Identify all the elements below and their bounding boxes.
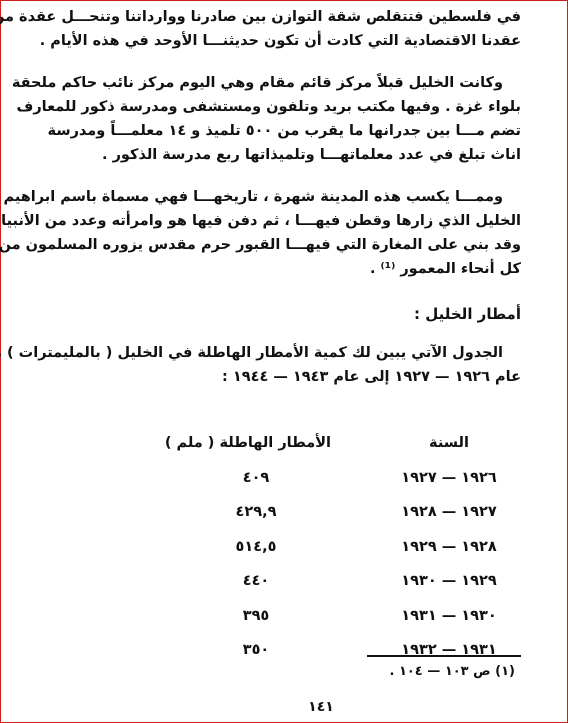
text-line: وكانت الخليل قبلاً مركز قائم مقام وهي ال… — [73, 71, 521, 95]
footnote: (١) ص ١٠٣ — ١٠٤ . — [389, 661, 515, 683]
footnote-divider — [367, 655, 521, 657]
section-heading: أمطار الخليل : — [73, 299, 521, 329]
cell-rainfall: ٥١٤,٥ — [181, 534, 331, 560]
text-line: الخليل الذي زارها وقطن فيهـــا ، ثم دفن … — [73, 209, 521, 233]
cell-rainfall: ٣٩٥ — [181, 603, 331, 629]
text-line: في فلسطين فتتقلص شقة التوازن بين صادرنا … — [73, 5, 521, 29]
table-row: ١٩٢٧ — ١٩٢٨ ٤٢٩,٩ — [73, 499, 521, 534]
text-line: الجدول الآتي يبين لك كمية الأمطار الهاطل… — [73, 341, 521, 365]
table-row: ١٩٢٩ — ١٩٣٠ ٤٤٠ — [73, 568, 521, 603]
cell-year: ١٩٢٦ — ١٩٢٧ — [393, 465, 505, 491]
text-line: عقدنا الاقتصادية التي كادت أن تكون حديثن… — [73, 29, 521, 53]
text-line: اناث تبلغ في عدد معلماتهـــا وتلميذاتها … — [73, 143, 521, 167]
cell-year: ١٩٣٠ — ١٩٣١ — [393, 603, 505, 629]
text-line: تضم مـــا بين جدرانها ما يقرب من ٥٠٠ تلم… — [73, 119, 521, 143]
paragraph-gap — [73, 53, 521, 71]
document-page: في فلسطين فتتقلص شقة التوازن بين صادرنا … — [73, 5, 521, 389]
text-line: كل أنحاء المعمور ⁽¹⁾ . — [73, 257, 521, 281]
cell-rainfall: ٤٠٩ — [181, 465, 331, 491]
header-year: السنة — [393, 430, 505, 456]
paragraph-gap — [73, 281, 521, 299]
text-line: عام ١٩٢٦ — ١٩٢٧ إلى عام ١٩٤٣ — ١٩٤٤ : — [73, 365, 521, 389]
table-row: ١٩٢٨ — ١٩٢٩ ٥١٤,٥ — [73, 534, 521, 569]
cell-year: ١٩٣١ — ١٩٣٢ — [393, 637, 505, 663]
text-line: بلواء غزة . وفيها مكتب بريد وتلفون ومستش… — [73, 95, 521, 119]
paragraph-administration: وكانت الخليل قبلاً مركز قائم مقام وهي ال… — [73, 71, 521, 167]
text-line: وممـــا يكسب هذه المدينة شهرة ، تاريخهــ… — [73, 185, 521, 209]
cell-rainfall: ٤٢٩,٩ — [181, 499, 331, 525]
table-row: ١٩٢٦ — ١٩٢٧ ٤٠٩ — [73, 465, 521, 500]
page-number: ١٤١ — [291, 696, 351, 718]
cell-rainfall: ٣٥٠ — [181, 637, 331, 663]
paragraph-gap — [73, 167, 521, 185]
paragraph-table-intro: الجدول الآتي يبين لك كمية الأمطار الهاطل… — [73, 341, 521, 389]
cell-year: ١٩٢٨ — ١٩٢٩ — [393, 534, 505, 560]
table-row: ١٩٣٠ — ١٩٣١ ٣٩٥ — [73, 603, 521, 638]
rainfall-table: السنة الأمطار الهاطلة ( ملم ) ١٩٢٦ — ١٩٢… — [73, 430, 521, 672]
cell-year: ١٩٢٩ — ١٩٣٠ — [393, 568, 505, 594]
cell-rainfall: ٤٤٠ — [181, 568, 331, 594]
header-rainfall: الأمطار الهاطلة ( ملم ) — [181, 430, 331, 456]
paragraph-history: وممـــا يكسب هذه المدينة شهرة ، تاريخهــ… — [73, 185, 521, 281]
paragraph-trade: في فلسطين فتتقلص شقة التوازن بين صادرنا … — [73, 5, 521, 53]
table-header-row: السنة الأمطار الهاطلة ( ملم ) — [73, 430, 521, 465]
text-line: وقد بني على المغارة التي فيهـــا القبور … — [73, 233, 521, 257]
heading-gap — [73, 329, 521, 341]
page-frame: في فلسطين فتتقلص شقة التوازن بين صادرنا … — [0, 0, 568, 723]
cell-year: ١٩٢٧ — ١٩٢٨ — [393, 499, 505, 525]
